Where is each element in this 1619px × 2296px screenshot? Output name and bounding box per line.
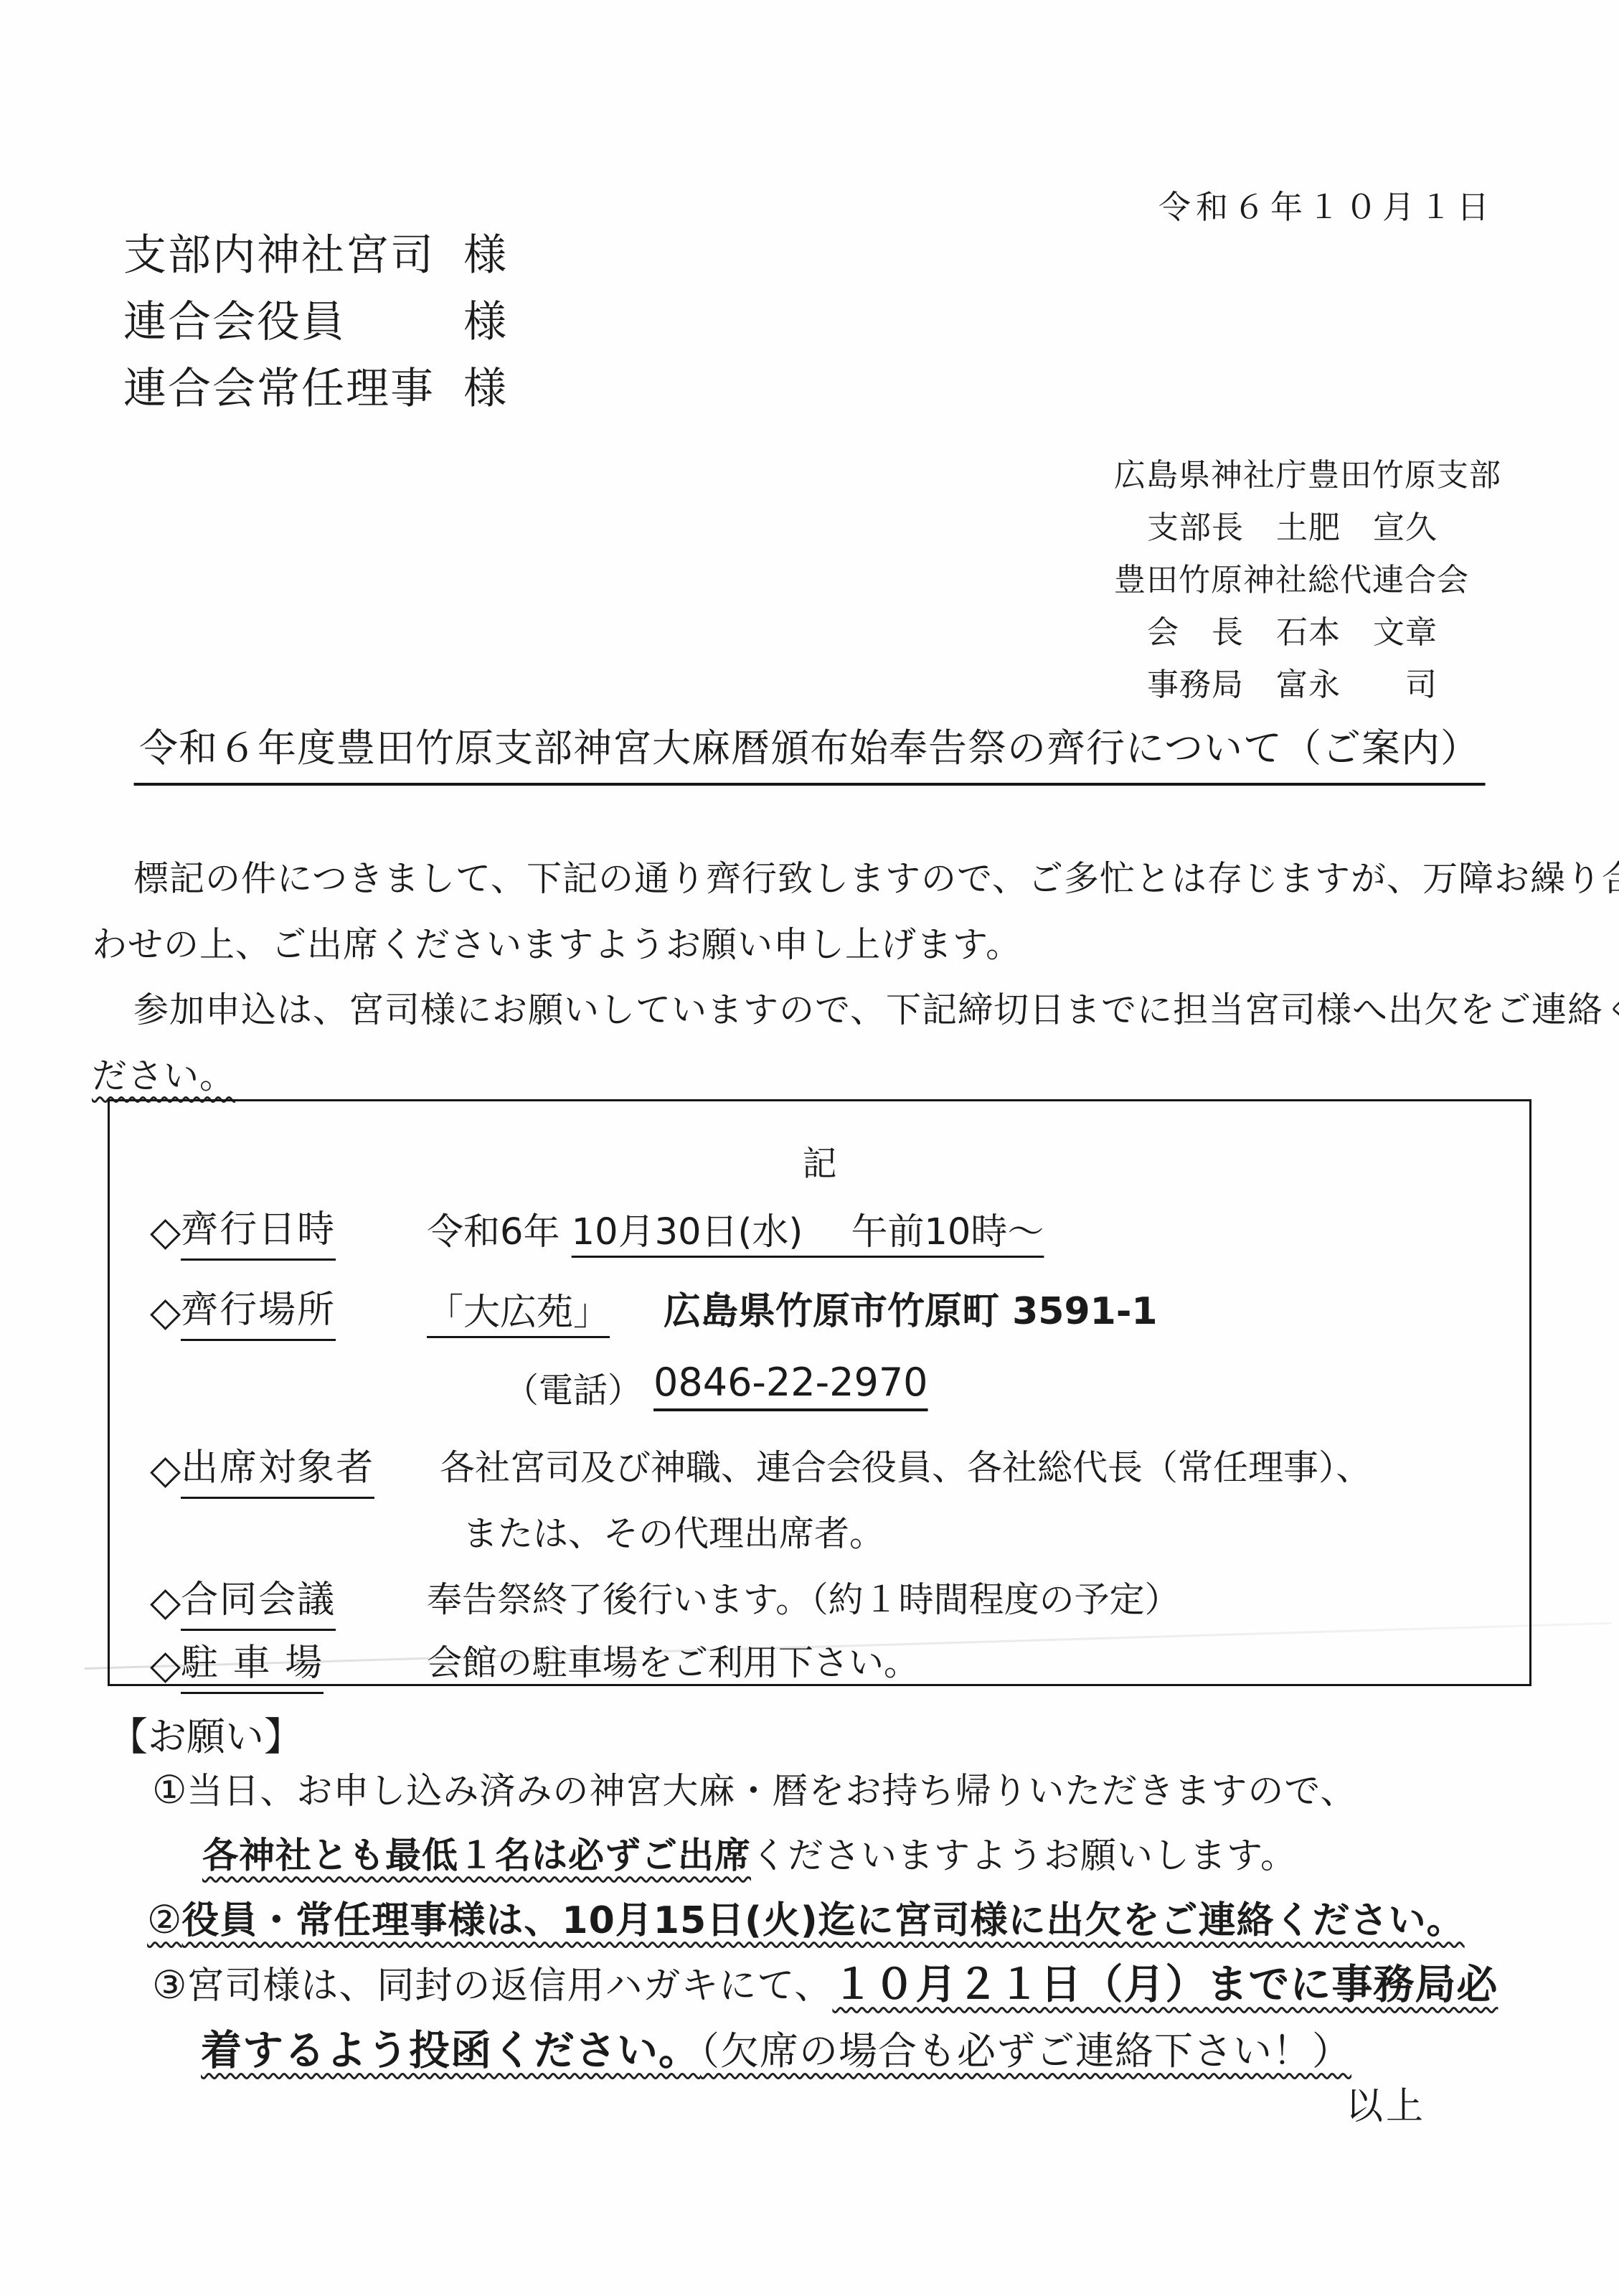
item1-emphasis: 各神社とも最低１名は必ずご出席 — [202, 1835, 751, 1876]
closing-ijou: 以上 — [1346, 2076, 1426, 2130]
item3-number: ③ — [152, 1962, 187, 2008]
row-attendees: ◇出席対象者 — [150, 1437, 374, 1493]
row-parking: ◇駐 車 場 — [150, 1632, 324, 1688]
place-venue-wrap: 「大広苑」 — [427, 1282, 610, 1335]
request-item3-line2: 着するよう投函ください。（欠席の場合も必ずご連絡下さい！） — [201, 2018, 1351, 2076]
recipient-row: 連合会役員 様 — [123, 288, 506, 354]
row-attendees-label: 出席対象者 — [181, 1446, 374, 1499]
sender-org2: 豊田竹原神社総代連合会 — [1114, 554, 1501, 606]
datetime-era: 令和6年 — [427, 1211, 572, 1253]
sender-org2-office: 事務局 富永 司 — [1114, 659, 1501, 711]
request-item2: ②役員・常任理事様は、10月15日(火)迄に宮司様に出欠をご連絡ください。 — [147, 1890, 1465, 1944]
row-meeting-label: 合同会議 — [181, 1578, 336, 1631]
item3-lead: 宮司様は、同封の返信用ハガキにて、 — [187, 1965, 832, 2008]
notice-heading: 記 — [110, 1136, 1529, 1185]
phone-label: （電話） — [504, 1370, 642, 1411]
paragraph2-line2-text: ださい。 — [92, 1055, 235, 1096]
attendees-line2-wrap: または、その代理出席者。 — [463, 1506, 884, 1556]
requests-heading: 【お願い】 — [109, 1706, 303, 1761]
paragraph2-line1: 参加申込は、宮司様にお願いしていますので、下記締切日までに担当宮司様へ出欠をご連… — [133, 982, 1619, 1032]
paragraph2-line2: ださい。 — [92, 1048, 235, 1098]
datetime-date-time: 10月30日(水) 午前10時～ — [572, 1211, 1044, 1253]
diamond-bullet-icon: ◇ — [150, 1208, 181, 1255]
recipient-name: 連合会役員 — [123, 288, 463, 354]
sender-org1-head: 支部長 土肥 宣久 — [1114, 502, 1501, 554]
recipient-row: 連合会常任理事 様 — [123, 354, 506, 421]
attendees-line2: または、その代理出席者。 — [463, 1513, 884, 1554]
recipient-row: 支部内神社宮司 様 — [123, 221, 506, 288]
row-place-label: 齊行場所 — [181, 1289, 336, 1341]
item2-number: ② — [147, 1897, 181, 1942]
request-item3-line1: ③宮司様は、同封の返信用ハガキにて、１０月２１日（月）までに事務局必 — [152, 1952, 1498, 2010]
parking-value-wrap: 会館の駐車場をご利用下さい。 — [427, 1635, 919, 1685]
recipient-honorific: 様 — [463, 354, 506, 421]
recipient-honorific: 様 — [463, 221, 506, 288]
paragraph1-line2: わせの上、ご出席くださいますようお願い申し上げます。 — [92, 917, 1021, 967]
attendees-line1: 各社宮司及び神職、連合会役員、各社総代長（常任理事）、 — [440, 1447, 1372, 1488]
phone-number: 0846-22-2970 — [653, 1360, 928, 1405]
item3-line2-paren: （欠席の場合も必ずご連絡下さい！） — [700, 2028, 1351, 2074]
request-item1-line2: 各神社とも最低１名は必ずご出席くださいますようお願いします。 — [202, 1827, 1297, 1878]
item3-line2-emphasis: 着するよう投函ください。 — [201, 2026, 700, 2074]
place-address-wrap: 広島県竹原市竹原町 3591-1 — [664, 1281, 1158, 1335]
row-place: ◇齊行場所 — [150, 1279, 336, 1335]
item2-text: 役員・常任理事様は、10月15日(火)迄に宮司様に出欠をご連絡ください。 — [181, 1899, 1464, 1942]
meeting-value: 奉告祭終了後行います。（約１時間程度の予定） — [427, 1579, 1180, 1620]
notice-box: 記 ◇齊行日時 令和6年 10月30日(水) 午前10時～ ◇齊行場所 「大広苑… — [108, 1099, 1531, 1686]
phone-label-wrap: （電話） — [504, 1363, 642, 1412]
diamond-bullet-icon: ◇ — [150, 1289, 181, 1335]
sender-block: 広島県神社庁豊田竹原支部 支部長 土肥 宣久 豊田竹原神社総代連合会 会 長 石… — [1114, 449, 1501, 711]
recipient-name: 連合会常任理事 — [123, 354, 463, 421]
diamond-bullet-icon: ◇ — [150, 1578, 181, 1625]
row-datetime-value: 令和6年 10月30日(水) 午前10時～ — [427, 1202, 1044, 1255]
scanned-letter-page: 令和６年１０月１日 支部内神社宮司 様 連合会役員 様 連合会常任理事 様 広島… — [0, 0, 1619, 2296]
phone-number-wrap: 0846-22-2970 — [653, 1360, 928, 1405]
attendees-line1-wrap: 各社宮司及び神職、連合会役員、各社総代長（常任理事）、 — [440, 1440, 1372, 1490]
sender-org2-head: 会 長 石本 文章 — [1114, 606, 1501, 659]
place-address: 広島県竹原市竹原町 3591-1 — [664, 1290, 1158, 1333]
row-parking-label: 駐 車 場 — [181, 1642, 324, 1694]
document-title: 令和６年度豊田竹原支部神宮大麻暦頒布始奉告祭の齊行について（ご案内） — [133, 717, 1486, 786]
row-datetime-label: 齊行日時 — [181, 1208, 336, 1261]
sender-org1: 広島県神社庁豊田竹原支部 — [1114, 449, 1501, 502]
row-datetime: ◇齊行日時 — [150, 1199, 336, 1255]
recipient-list: 支部内神社宮司 様 連合会役員 様 連合会常任理事 様 — [123, 221, 506, 421]
item1-number: ① — [152, 1767, 187, 1812]
recipient-honorific: 様 — [463, 288, 506, 354]
parking-value: 会館の駐車場をご利用下さい。 — [427, 1642, 919, 1683]
row-meeting: ◇合同会議 — [150, 1569, 336, 1625]
item3-deadline-emphasis: １０月２１日（月）までに事務局必 — [832, 1961, 1498, 2008]
place-venue: 「大広苑」 — [427, 1291, 610, 1334]
request-item1-line1: ①当日、お申し込み済みの神宮大麻・暦をお持ち帰りいただきますので、 — [152, 1762, 1356, 1814]
diamond-bullet-icon: ◇ — [150, 1446, 181, 1493]
meeting-value-wrap: 奉告祭終了後行います。（約１時間程度の予定） — [427, 1572, 1180, 1622]
item1-text: 当日、お申し込み済みの神宮大麻・暦をお持ち帰りいただきますので、 — [187, 1770, 1356, 1812]
document-date: 令和６年１０月１日 — [1158, 181, 1494, 227]
item1-rest: くださいますようお願いします。 — [751, 1835, 1297, 1876]
recipient-name: 支部内神社宮司 — [123, 221, 463, 288]
paragraph1-line1: 標記の件につきまして、下記の通り齊行致しますので、ご多忙とは存じますが、万障お繰… — [133, 851, 1619, 901]
